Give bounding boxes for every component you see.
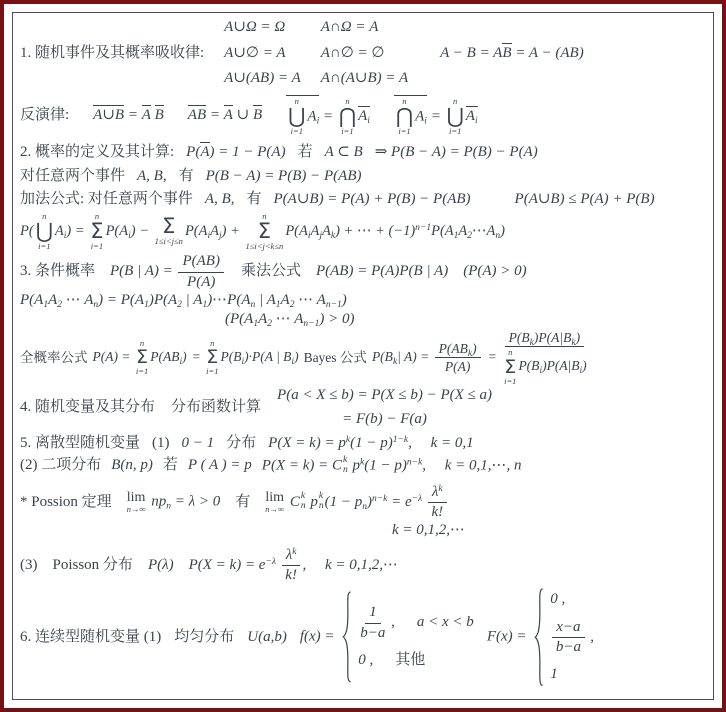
math-segment: P(B | A) = P(AB)P(A) bbox=[110, 253, 226, 291]
math-segment: P ( A ) = p bbox=[188, 456, 252, 476]
text-segment: 有 bbox=[247, 190, 262, 210]
stack-row: A∪(AB) = A bbox=[224, 69, 301, 89]
sub-sup-pair: kn bbox=[343, 456, 348, 476]
case-row: 1b−a ,a < x < b bbox=[358, 604, 474, 642]
math-segment: k = 0,1,2,⋯ bbox=[392, 521, 465, 541]
formula-line-prob-def: 2. 概率的定义及其计算:P(A) = 1 − P(A)若A ⊂ B⇒ P(B … bbox=[20, 142, 709, 163]
text-segment: 分布 bbox=[226, 434, 256, 454]
text-segment: 若 bbox=[298, 143, 313, 163]
text-segment: Poisson 分布 bbox=[53, 556, 133, 576]
formula-line-incl-excl: P(n⋃i=1Ai) = nΣi=1P(Ai) − Σ1≤i<j≤nP(AiAj… bbox=[20, 212, 709, 252]
math-segment: (P(A1A2 ⋯ An−1) > 0) bbox=[225, 310, 354, 330]
overline: Ai bbox=[466, 106, 478, 125]
math-segment: limn→∞ Ckn pkn(1 − pn)n−k = e−λ λkk! bbox=[265, 484, 448, 522]
case-row: 0 , bbox=[550, 590, 594, 610]
math-segment: AB = A ∪ B bbox=[188, 105, 262, 126]
big-operator: n⋂i=1 bbox=[396, 97, 413, 137]
formula-line-binomial: (2) 二项分布B(n, p)若P ( A ) = pP(X = k) = Ck… bbox=[20, 456, 709, 476]
math-segment: U(a,b) bbox=[247, 628, 287, 648]
math-segment: P(λ) bbox=[148, 556, 174, 576]
fraction: x−ab−a bbox=[552, 619, 584, 657]
formula-stack: A∩Ω = AA∩∅ = ∅A∩(A∪B) = A bbox=[321, 18, 408, 89]
math-segment: limn→∞ npn = λ > 0 bbox=[127, 491, 221, 514]
text-segment: Bayes 公式 bbox=[304, 349, 367, 367]
text-segment: 4. 随机变量及其分布 bbox=[20, 398, 155, 418]
overline: Ai bbox=[358, 106, 370, 125]
overline: B bbox=[155, 105, 164, 124]
case-row: 0 ,其他 bbox=[358, 651, 474, 671]
text-segment: 2. 概率的定义及其计算: bbox=[20, 143, 174, 163]
formula-line-absorb: 1. 随机事件及其概率吸收律:A∪Ω = ΩA∪∅ = AA∪(AB) = AA… bbox=[20, 18, 709, 89]
text-segment: * Possion 定理 bbox=[20, 493, 112, 513]
text-segment: 1. 随机事件及其概率吸收律: bbox=[20, 44, 204, 64]
text-segment: (2) 二项分布 bbox=[20, 456, 101, 476]
math-segment: F(x) = 0 ,x−ab−a ,1 bbox=[487, 588, 594, 687]
big-operator: n⋃i=1 bbox=[288, 97, 305, 137]
formula-line-mult-cond: (P(A1A2 ⋯ An−1) > 0) bbox=[20, 310, 709, 330]
formula-line-poisson-thm: * Possion 定理limn→∞ npn = λ > 0有limn→∞ Ck… bbox=[20, 484, 709, 522]
big-operator: n⋃i=1 bbox=[36, 212, 53, 252]
formula-line-continuous: 6. 连续型随机变量 (1)均匀分布U(a,b)f(x) = 1b−a ,a <… bbox=[20, 588, 709, 687]
stack-row: = F(b) − F(a) bbox=[342, 410, 427, 430]
overline: AB bbox=[188, 105, 206, 124]
text-segment: 3. 条件概率 bbox=[20, 262, 95, 282]
math-segment: P(AB) = P(A)P(B | A) bbox=[316, 262, 448, 282]
formula-line-poisson-dist: (3)Poisson 分布P(λ)P(X = k) = e−λ λkk!, k … bbox=[20, 547, 709, 585]
case-row: 1 bbox=[550, 665, 594, 685]
math-segment: A − B = AB = A − (AB) bbox=[440, 43, 584, 64]
text-segment: 若 bbox=[163, 456, 178, 476]
text-segment: 对任意两个事件 bbox=[20, 167, 125, 187]
limit-operator: limn→∞ bbox=[265, 491, 284, 514]
math-segment: P(A∪B) = P(A) + P(B) − P(AB) bbox=[274, 190, 471, 210]
text-segment: 有 bbox=[179, 167, 194, 187]
math-segment: B(n, p) bbox=[111, 456, 153, 476]
formula-line-demorgan: 反演律:A∪B = A BAB = A ∪ Bn⋃i=1Ai = n⋂i=1Ai… bbox=[20, 95, 709, 137]
formula-line-rv: 4. 随机变量及其分布分布函数计算P(a < X ≤ b) = P(X ≤ b)… bbox=[20, 386, 709, 429]
fraction: 1b−a bbox=[360, 604, 385, 642]
stack-row: P(a < X ≤ b) = P(X ≤ b) − P(X ≤ a) bbox=[277, 386, 492, 406]
math-segment: P(X = k) = e−λ λkk!, k = 0,1,2,⋯ bbox=[189, 547, 398, 585]
formula-line-total-prob: 全概率公式P(A) = nΣi=1P(ABi)= nΣi=1P(Bi)·P(A … bbox=[20, 330, 709, 386]
stack-row: A∪∅ = A bbox=[224, 44, 285, 64]
text-segment: 加法公式: 对任意两个事件 bbox=[20, 190, 193, 210]
math-segment: P(n⋃i=1Ai) = nΣi=1P(Ai) − Σ1≤i<j≤nP(AiAj… bbox=[20, 212, 505, 252]
text-segment: 乘法公式 bbox=[241, 262, 301, 282]
math-segment: n⋃i=1Ai = n⋂i=1Ai bbox=[286, 95, 370, 137]
math-segment: P(X = k) = pk(1 − p)1−k, k = 0,1 bbox=[268, 434, 473, 454]
overline: A bbox=[224, 105, 233, 124]
fraction: P(AB)P(A) bbox=[178, 253, 223, 291]
text-segment: 均匀分布 bbox=[174, 628, 234, 648]
text-segment: 有 bbox=[235, 493, 250, 513]
fraction: P(ABk)P(A) bbox=[435, 341, 481, 375]
math-segment: ⇒ P(B − A) = P(B) − P(A) bbox=[375, 143, 538, 163]
math-segment: P(Bk| A) = P(ABk)P(A) bbox=[372, 341, 483, 375]
formula-stack: P(a < X ≤ b) = P(X ≤ b) − P(X ≤ a)= F(b)… bbox=[277, 386, 492, 429]
text-segment: (3) bbox=[20, 556, 38, 576]
text-segment: 6. 连续型随机变量 (1) bbox=[20, 628, 161, 648]
left-brace-icon bbox=[533, 588, 544, 687]
math-segment: 0 − 1 bbox=[182, 434, 215, 454]
stack-row: A∩Ω = A bbox=[321, 18, 379, 38]
sub-sup-pair: kn bbox=[319, 492, 324, 512]
overline: A bbox=[142, 105, 151, 124]
math-segment: A, B, bbox=[205, 190, 235, 210]
formula-line-addition: 加法公式: 对任意两个事件A, B,有P(A∪B) = P(A) + P(B) … bbox=[20, 190, 709, 210]
formula-line-discrete: 5. 离散型随机变量(1)0 − 1分布P(X = k) = pk(1 − p)… bbox=[20, 434, 709, 454]
math-segment: n⋂i=1Ai = n⋃i=1Ai bbox=[394, 95, 478, 137]
fraction: P(Bk)P(A|Bk)nΣi=1P(Bi)P(A|Bi) bbox=[502, 330, 587, 386]
big-operator: nΣi=1 bbox=[136, 339, 148, 377]
text-segment: (1) bbox=[152, 434, 170, 454]
formula-line-mult-chain: P(A1A2 ⋯ An) = P(A1)P(A2 | A1)⋯P(An | A1… bbox=[20, 291, 709, 311]
math-segment: P(A) = 1 − P(A) bbox=[186, 142, 285, 163]
probability-formula-sheet: 1. 随机事件及其概率吸收律:A∪Ω = ΩA∪∅ = AA∪(AB) = AA… bbox=[12, 12, 714, 700]
fraction: λkk! bbox=[282, 547, 301, 585]
stack-row: A∩(A∪B) = A bbox=[321, 69, 408, 89]
limit-operator: limn→∞ bbox=[127, 491, 146, 514]
math-segment: f(x) = 1b−a ,a < x < b0 ,其他 bbox=[300, 591, 474, 683]
overline: B bbox=[502, 43, 511, 62]
text-segment: 反演律: bbox=[20, 106, 69, 126]
math-segment: A, B, bbox=[137, 167, 167, 187]
left-brace-icon bbox=[341, 591, 352, 683]
big-operator: n⋂i=1 bbox=[339, 97, 356, 137]
big-operator: nΣi=1 bbox=[206, 339, 218, 377]
formula-line-poisson-thm-k: k = 0,1,2,⋯ bbox=[20, 521, 709, 541]
big-operator: nΣ1≤i<j<k≤n bbox=[246, 212, 284, 252]
big-operator: Σ1≤i<j≤n bbox=[155, 216, 183, 246]
math-segment: (P(A) > 0) bbox=[463, 262, 526, 282]
math-segment: P(B − A) = P(B) − P(AB) bbox=[206, 167, 362, 187]
math-segment: = nΣi=1P(Bi)·P(A | Bi) bbox=[192, 339, 299, 377]
overline: A bbox=[200, 142, 209, 161]
overline: A∪B bbox=[93, 105, 124, 124]
formula-line-two-events: 对任意两个事件A, B,有P(B − A) = P(B) − P(AB) bbox=[20, 167, 709, 187]
text-segment: 全概率公式 bbox=[20, 349, 88, 367]
math-segment: A ⊂ B bbox=[325, 143, 363, 163]
sub-sup-pair: kn bbox=[301, 492, 306, 512]
piecewise-cases: 1b−a ,a < x < b0 ,其他 bbox=[341, 591, 474, 683]
big-operator: nΣi=1 bbox=[90, 212, 103, 252]
case-row: x−ab−a , bbox=[550, 619, 594, 657]
stack-row: A∩∅ = ∅ bbox=[321, 44, 385, 64]
text-segment: 5. 离散型随机变量 bbox=[20, 434, 140, 454]
math-segment: = P(Bk)P(A|Bk)nΣi=1P(Bi)P(A|Bi) bbox=[488, 330, 589, 386]
math-segment: P(A∪B) ≤ P(A) + P(B) bbox=[515, 190, 655, 210]
math-segment: P(A1A2 ⋯ An) = P(A1)P(A2 | A1)⋯P(An | A1… bbox=[20, 291, 347, 311]
formula-stack: A∪Ω = ΩA∪∅ = AA∪(AB) = A bbox=[224, 18, 301, 89]
math-segment: P(X = k) = Ckn pk(1 − p)n−k, k = 0,1,⋯, … bbox=[262, 456, 522, 476]
fraction: λkk! bbox=[428, 484, 447, 522]
piecewise-cases: 0 ,x−ab−a ,1 bbox=[533, 588, 594, 687]
math-segment: A∪B = A B bbox=[93, 105, 164, 126]
text-segment: 分布函数计算 bbox=[171, 398, 261, 418]
overline: B bbox=[253, 105, 262, 124]
overline: n⋃i=1Ai bbox=[286, 95, 319, 137]
overline: n⋂i=1Ai bbox=[394, 95, 427, 137]
math-segment: P(A) = nΣi=1P(ABi) bbox=[93, 339, 187, 377]
formula-line-cond-prob: 3. 条件概率P(B | A) = P(AB)P(A)乘法公式P(AB) = P… bbox=[20, 253, 709, 291]
big-operator: nΣi=1 bbox=[504, 348, 516, 386]
big-operator: n⋃i=1 bbox=[447, 97, 464, 137]
stack-row: A∪Ω = Ω bbox=[224, 18, 285, 38]
document-frame: 1. 随机事件及其概率吸收律:A∪Ω = ΩA∪∅ = AA∪(AB) = AA… bbox=[0, 0, 726, 712]
